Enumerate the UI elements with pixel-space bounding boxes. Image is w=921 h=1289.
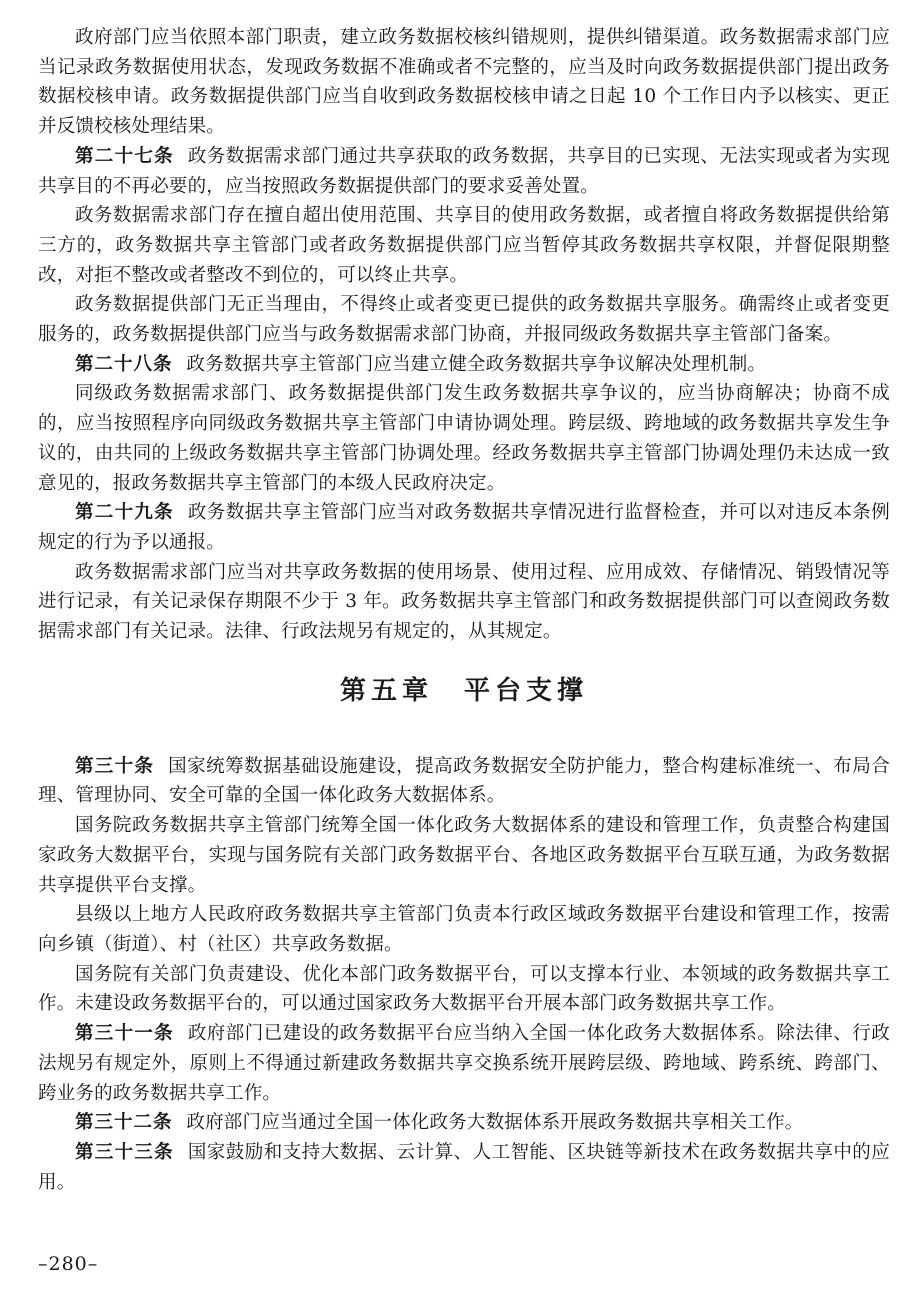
paragraph: 国务院有关部门负责建设、优化本部门政务数据平台，可以支撑本行业、本领域的政务数据… [38, 960, 890, 1019]
article-number: 第三十一条 [75, 1023, 188, 1044]
paragraph: 第二十七条政务数据需求部门通过共享获取的政务数据，共享目的已实现、无法实现或者为… [38, 142, 890, 201]
paragraph-text: 政务数据共享主管部门应当建立健全政务数据共享争议解决处理机制。 [186, 354, 766, 375]
article-number: 第三十三条 [75, 1142, 188, 1163]
article-number: 第二十八条 [75, 354, 186, 375]
paragraph: 县级以上地方人民政府政务数据共享主管部门负责本行政区域政务数据平台建设和管理工作… [38, 900, 890, 959]
paragraph: 政务数据提供部门无正当理由，不得终止或者变更已提供的政务数据共享服务。确需终止或… [38, 290, 890, 349]
paragraph: 政务数据需求部门应当对共享政务数据的使用场景、使用过程、应用成效、存储情况、销毁… [38, 558, 890, 647]
article-number: 第三十条 [75, 756, 168, 777]
document-page: 政府部门应当依照本部门职责，建立政务数据校核纠错规则，提供纠错渠道。政务数据需求… [0, 0, 921, 1289]
paragraph: 第二十九条政务数据共享主管部门应当对政务数据共享情况进行监督检查，并可以对违反本… [38, 498, 890, 557]
article-number: 第三十二条 [75, 1112, 186, 1133]
paragraph: 第二十八条政务数据共享主管部门应当建立健全政务数据共享争议解决处理机制。 [38, 350, 890, 380]
paragraph: 第三十三条国家鼓励和支持大数据、云计算、人工智能、区块链等新技术在政务数据共享中… [38, 1138, 890, 1197]
paragraph: 政务数据需求部门存在擅自超出使用范围、共享目的使用政务数据，或者擅自将政务数据提… [38, 201, 890, 290]
paragraph: 同级政务数据需求部门、政务数据提供部门发生政务数据共享争议的，应当协商解决；协商… [38, 379, 890, 498]
page-number: –280– [38, 1250, 98, 1278]
document-body: 政府部门应当依照本部门职责，建立政务数据校核纠错规则，提供纠错渠道。政务数据需求… [38, 23, 890, 1197]
paragraph: 第三十一条政府部门已建设的政务数据平台应当纳入全国一体化政务大数据体系。除法律、… [38, 1019, 890, 1108]
article-number: 第二十七条 [75, 146, 188, 167]
paragraph: 政府部门应当依照本部门职责，建立政务数据校核纠错规则，提供纠错渠道。政务数据需求… [38, 23, 890, 142]
paragraph-text: 政府部门应当通过全国一体化政务大数据体系开展政务数据共享相关工作。 [186, 1112, 803, 1133]
paragraph: 国务院政务数据共享主管部门统筹全国一体化政务大数据体系的建设和管理工作，负责整合… [38, 811, 890, 900]
paragraph: 第三十二条政府部门应当通过全国一体化政务大数据体系开展政务数据共享相关工作。 [38, 1108, 890, 1138]
paragraph: 第三十条国家统筹数据基础设施建设，提高政务数据安全防护能力，整合构建标准统一、布… [38, 752, 890, 811]
article-number: 第二十九条 [75, 502, 188, 523]
chapter-heading: 第五章 平台支撑 [38, 673, 890, 709]
